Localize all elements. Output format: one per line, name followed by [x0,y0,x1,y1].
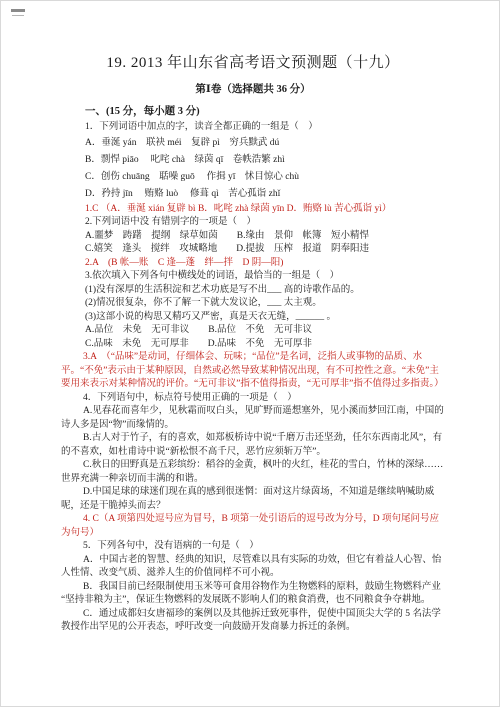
q2-stem: 2.下列词语中没 有错别字的一项是（ ） [61,216,445,230]
q4-answer: 4. C（A 项第四处逗号应为冒号，B 项第一处引语后的逗号改为分号，D 项句尾… [61,513,445,540]
q3-item-3: (3)这部小说的构思又精巧又严密，真是天衣无缝，______ 。 [61,311,445,325]
q5-option-b: B．我国目前已经限制使用玉米等可食用谷物作为生物燃料的原料，鼓励生物燃料产业 “… [61,581,445,608]
document-page: 19. 2013 年山东省高考语文预测题（十九） 第Ⅰ卷（选择题共 36 分） … [0,0,500,707]
q5-option-c: C．通过成都妇女唐福珍的案例以及其他拆迁致死事件，促使中国顶尖大学的 5 名法学… [61,608,445,635]
q4-option-d: D.中国足球的球迷们现在真的感到很迷惘：面对这片绿茵场，不知道是继续呐喊助威呢，… [61,486,445,513]
part-heading: 一、(15 分，每小题 3 分) [61,103,445,118]
q1-option-b: B．剽悍 piāo 叱咤 chà 绿茵 qī 卷帙浩繁 zhì [61,152,445,169]
q1-option-a: A．垂涎 yán 联袂 méi 复辟 pì 穷兵黩武 dú [61,135,445,152]
q1-stem: 1．下列词语中加点的字，读音全都正确的一组是（ ） [61,121,445,135]
q3-item-1: (1)没有深厚的生活积淀和艺术功底是写不出___ 高的诗歌作品的。 [61,284,445,298]
q4-option-c: C.秋日的田野真是五彩缤纷：稻谷的金黄，枫叶的火红，桂花的雪白，竹林的深绿……世… [61,459,445,486]
document-content: 19. 2013 年山东省高考语文预测题（十九） 第Ⅰ卷（选择题共 36 分） … [61,51,445,635]
q4-option-a: A.见春花而喜年少，见秋霜而叹白头，见旷野而遥想塞外，见小溪而梦回江南，中国的诗… [61,405,445,432]
q1-option-c: C．创伤 chuāng 聒噪 guō 作揖 yī 怵目惊心 chù [61,169,445,186]
scan-artifact [11,9,25,12]
q3-item-2: (2)情况很复杂，你不了解一下就大发议论，___ 太主观。 [61,297,445,311]
q1-option-d: D．矜持 jīn 贿赂 luò 修葺 qì 苦心孤诣 zhǐ [61,186,445,203]
q5-stem: 5．下列各句中，没有语病的一句是（ ） [61,540,445,554]
q3-row-cd: C.品味 未免 无可厚非 D.品味 不免 无可厚非 [61,338,445,352]
q4-stem: 4．下列语句中，标点符号使用正确的一项是（ ） [61,392,445,406]
volume-heading: 第Ⅰ卷（选择题共 36 分） [61,81,445,96]
q4-option-b: B.古人对于竹子，有的喜欢，如郑板桥诗中说“千磨万击还坚劲，任尔东西南北风”，有… [61,432,445,459]
q2-answer: 2.A (B 帐—账 C 逢—蓬 绊—拌 D 阴—阳) [61,257,445,271]
q2-row-ab: A.噩梦 踌躇 提纲 绿草如茵 B.缘由 景仰 帐簿 短小精悍 [61,230,445,244]
q5-option-a: A．中国古老的智慧、经典的知识，尽管难以具有实际的功效，但它有着益人心智、怡人性… [61,554,445,581]
q3-stem: 3.依次填入下列各句中横线处的词语，最恰当的一组是（ ） [61,270,445,284]
q2-row-cd: C.嬉笑 逢头 搅绊 攻城略地 D.提拔 压榨 报道 阴奉阳违 [61,243,445,257]
q3-row-ab: A.品位 未免 无可非议 B.品位 不免 无可非议 [61,324,445,338]
q3-answer: 3.A （“品味”是动词，仔细体会、玩味；“品位”是名词，泛指人或事物的品质、水… [61,351,445,392]
q1-answer: 1.C （A．垂涎 xián 复辟 bì B．叱咤 zhà 绿茵 yīn D．贿… [61,203,445,217]
page-title: 19. 2013 年山东省高考语文预测题（十九） [61,51,445,72]
